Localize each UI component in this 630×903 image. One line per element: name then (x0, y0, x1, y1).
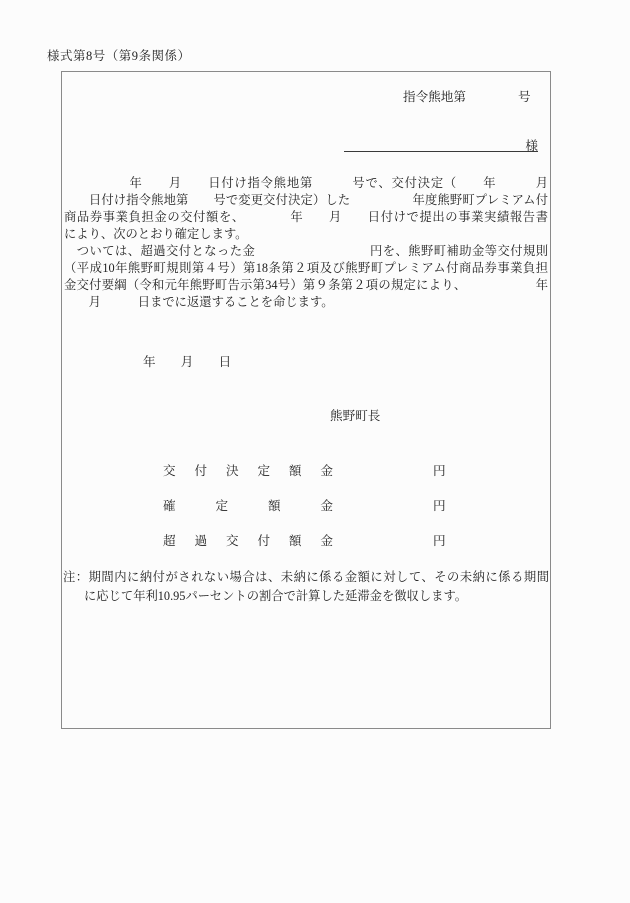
body-line: により、次のとおり確定します。 (64, 226, 548, 243)
note-line-1: 注：期間内に納付がされない場合は、未納に係る金額に対して、その未納に係る期間 (63, 568, 549, 587)
directive-label: 指令熊地第 (403, 90, 466, 104)
body-line: 商品券事業負担金の交付額を、 年 月 日付けで提出の事業実績報告書 (64, 209, 548, 226)
amount-row: 超過交付額金円 (62, 530, 550, 548)
form-label: 様式第8号（第9条関係） (47, 46, 191, 64)
document-page: 様式第8号（第9条関係） 指令熊地第号 様 年 月 日付け指令熊地第 号で、交付… (0, 0, 630, 903)
amount-unit: 円 (433, 530, 446, 549)
note: 注：期間内に納付がされない場合は、未納に係る金額に対して、その未納に係る期間 に… (63, 568, 549, 606)
body-line: （平成10年熊野町規則第４号）第18条第２項及び熊野町プレミアム付商品券事業負担 (64, 260, 548, 277)
amount-label: 超過交付額金 (163, 530, 333, 549)
amount-row: 交付決定額金円 (62, 460, 550, 478)
amount-label: 確定額金 (163, 495, 333, 514)
body-line: ついては、超過交付となった金 円を、熊野町補助金等交付規則 (64, 243, 548, 260)
signer-name: 熊野町長 (330, 405, 380, 424)
amount-unit: 円 (433, 460, 446, 479)
body-line: 年 月 日付け指令熊地第 号で、交付決定（ 年 月 (64, 175, 548, 192)
directive-number-line: 指令熊地第号 (403, 86, 531, 105)
document-frame: 指令熊地第号 様 年 月 日付け指令熊地第 号で、交付決定（ 年 月 日付け指令… (61, 71, 551, 729)
amount-label: 交付決定額金 (163, 460, 333, 479)
amount-row: 確定額金円 (62, 495, 550, 513)
note-line-2: に応じて年利10.95パーセントの割合で計算した延滞金を徴収します。 (63, 587, 549, 606)
body-line: 金交付要綱（令和元年熊野町告示第34号）第９条第２項の規定により、 年 (64, 277, 548, 294)
addressee-line: 様 (344, 135, 538, 152)
amount-unit: 円 (433, 495, 446, 514)
directive-unit: 号 (518, 90, 531, 104)
body-line: 日付け指令熊地第 号で変更交付決定）した 年度熊野町プレミアム付 (64, 192, 548, 209)
date-line: 年 月 日 (143, 351, 231, 370)
body-line: 月 日までに返還することを命じます。 (64, 294, 548, 311)
addressee-suffix: 様 (525, 139, 538, 153)
body-paragraph: 年 月 日付け指令熊地第 号で、交付決定（ 年 月 日付け指令熊地第 号で変更交… (64, 175, 548, 311)
